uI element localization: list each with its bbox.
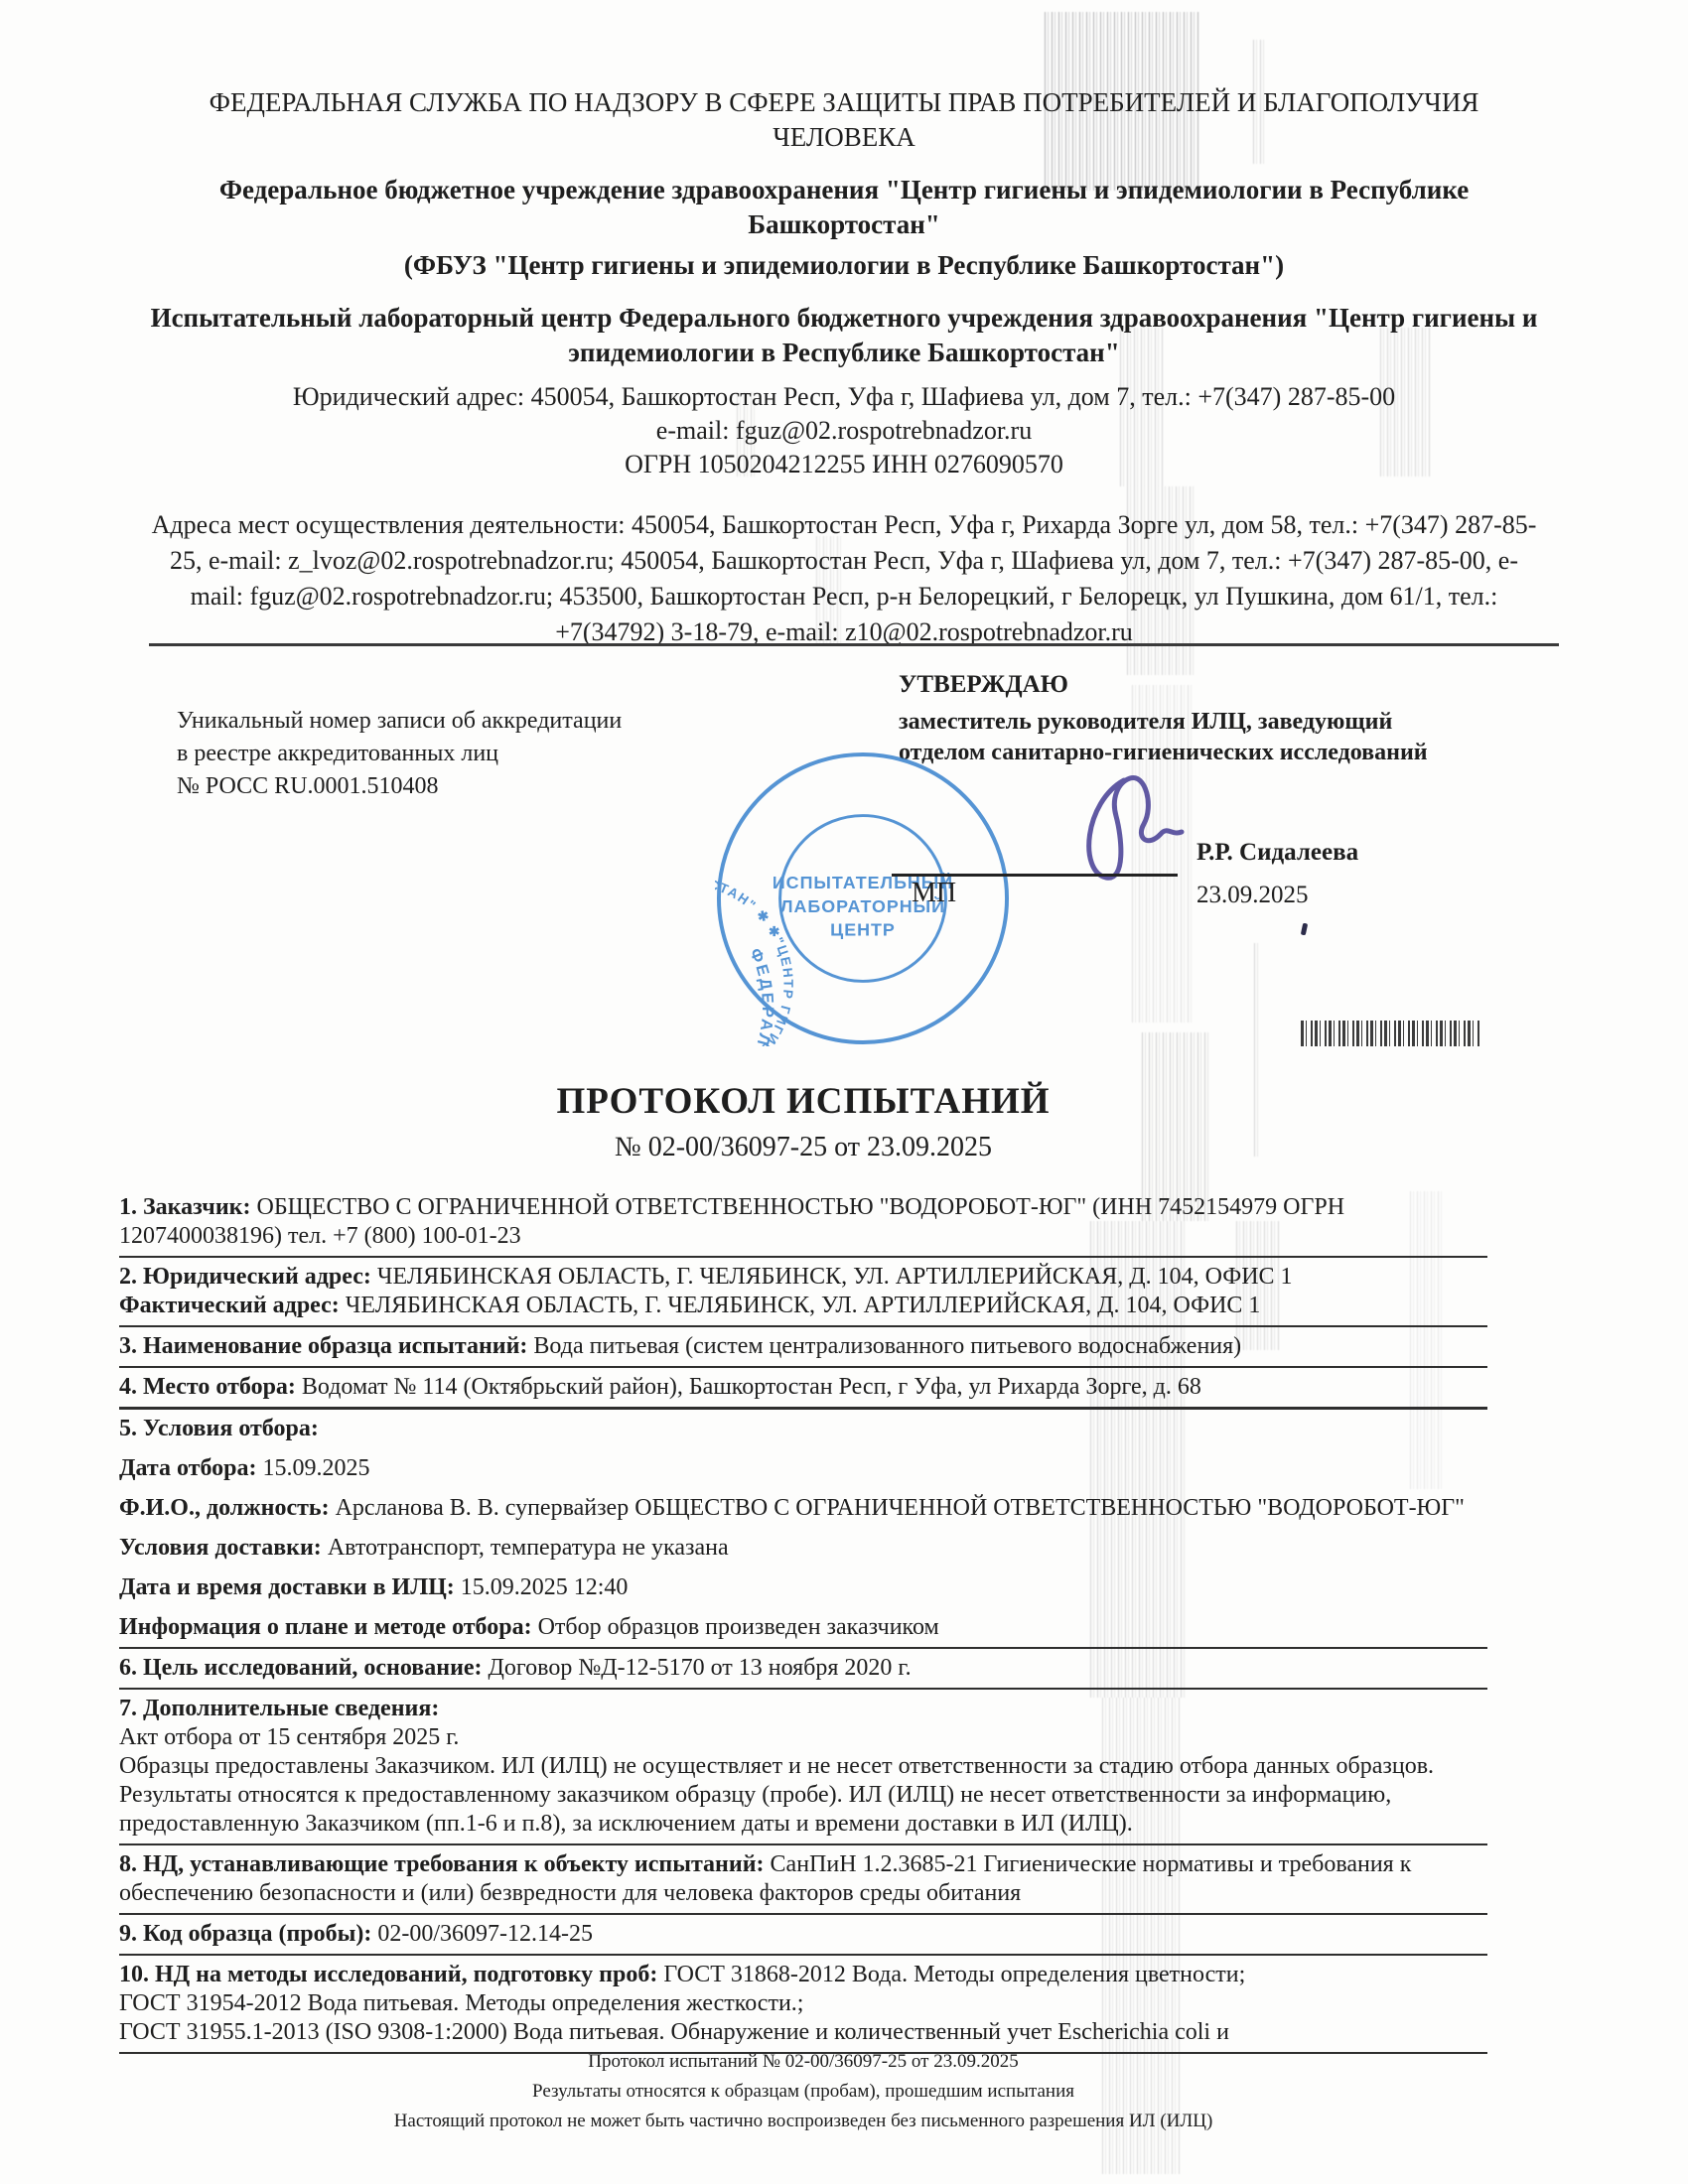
section-label: 7. Дополнительные сведения:: [119, 1696, 439, 1721]
section-value: Договор №Д-12-5170 от 13 ноября 2020 г.: [489, 1655, 912, 1681]
section-label: 4. Место отбора:: [119, 1374, 296, 1400]
approver-name: Р.Р. Сидалеева: [1196, 839, 1358, 867]
section-label: 9. Код образца (пробы):: [119, 1921, 371, 1947]
stamp-center-line: ЦЕНТР: [830, 920, 896, 940]
section-label: 3. Наименование образца испытаний:: [119, 1333, 527, 1359]
methods-nd-line: ГОСТ 31954-2012 Вода питьевая. Методы оп…: [119, 1989, 1487, 2018]
footer-results-note: Результаты относятся к образцам (пробам)…: [119, 2077, 1487, 2107]
activity-addresses: Адреса мест осуществления деятельности: …: [149, 507, 1539, 650]
delivery-datetime: Дата и время доставки в ИЛЦ: 15.09.2025 …: [119, 1573, 1487, 1602]
section-label: Фактический адрес:: [119, 1293, 340, 1318]
section-methods-nd: 10. НД на методы исследований, подготовк…: [119, 1961, 1487, 1989]
barcode: [1301, 1021, 1479, 1046]
scanned-protocol-page: ФЕДЕРАЛЬНАЯ СЛУЖБА ПО НАДЗОРУ В СФЕРЕ ЗА…: [0, 0, 1688, 2184]
section-customer: 1. Заказчик: ОБЩЕСТВО С ОГРАНИЧЕННОЙ ОТВ…: [119, 1193, 1487, 1251]
section-value: Водомат № 114 (Октябрьский район), Башко…: [302, 1374, 1201, 1400]
section-label: Ф.И.О., должность:: [119, 1495, 330, 1521]
protocol-sections: 1. Заказчик: ОБЩЕСТВО С ОГРАНИЧЕННОЙ ОТВ…: [119, 1193, 1487, 2059]
section-label: Условия доставки:: [119, 1535, 322, 1561]
section-label: 6. Цель исследований, основание:: [119, 1655, 483, 1681]
section-label: Дата отбора:: [119, 1455, 256, 1481]
laboratory-name: Испытательный лабораторный центр Федерал…: [149, 301, 1539, 370]
section-value: 15.09.2025 12:40: [461, 1574, 629, 1600]
sampler-name-position: Ф.И.О., должность: Арсланова В. В. супер…: [119, 1494, 1487, 1523]
section-value: ОБЩЕСТВО С ОГРАНИЧЕННОЙ ОТВЕТСТВЕННОСТЬЮ…: [119, 1194, 1344, 1249]
section-label: 8. НД, устанавливающие требования к объе…: [119, 1851, 765, 1877]
section-value: ЧЕЛЯБИНСКАЯ ОБЛАСТЬ, Г. ЧЕЛЯБИНСК, УЛ. А…: [346, 1293, 1261, 1318]
section-divider: [119, 1913, 1487, 1915]
section-value: 15.09.2025: [262, 1455, 369, 1481]
section-label: 10. НД на методы исследований, подготовк…: [119, 1962, 657, 1987]
document-footer: Протокол испытаний № 02-00/36097-25 от 2…: [119, 2047, 1487, 2136]
section-divider: [119, 1843, 1487, 1845]
disclaimer-paragraph: Образцы предоставлены Заказчиком. ИЛ (ИЛ…: [119, 1752, 1487, 1839]
methods-nd-line: ГОСТ 31955.1-2013 (ISO 9308-1:2000) Вода…: [119, 2018, 1487, 2047]
section-sampling-place: 4. Место отбора: Водомат № 114 (Октябрьс…: [119, 1373, 1487, 1402]
section-legal-address: 2. Юридический адрес: ЧЕЛЯБИНСКАЯ ОБЛАСТ…: [119, 1263, 1487, 1292]
document-header: ФЕДЕРАЛЬНАЯ СЛУЖБА ПО НАДЗОРУ В СФЕРЕ ЗА…: [149, 85, 1539, 650]
federal-service-title: ФЕДЕРАЛЬНАЯ СЛУЖБА ПО НАДЗОРУ В СФЕРЕ ЗА…: [149, 85, 1539, 155]
section-sample-code: 9. Код образца (пробы): 02-00/36097-12.1…: [119, 1920, 1487, 1949]
sampling-plan-info: Информация о плане и методе отбора: Отбо…: [119, 1613, 1487, 1642]
section-divider: [119, 1407, 1487, 1410]
approve-heading: УТВЕРЖДАЮ: [899, 671, 1068, 699]
section-value: ГОСТ 31868-2012 Вода. Методы определения…: [663, 1962, 1245, 1987]
legal-address: Юридический адрес: 450054, Башкортостан …: [149, 380, 1539, 414]
section-divider: [119, 1647, 1487, 1649]
accreditation-number: № РОСС RU.0001.510408: [177, 770, 622, 803]
section-actual-address: Фактический адрес: ЧЕЛЯБИНСКАЯ ОБЛАСТЬ, …: [119, 1292, 1487, 1320]
section-label: Информация о плане и методе отбора:: [119, 1614, 532, 1640]
section-divider: [119, 1256, 1487, 1258]
sampling-date: Дата отбора: 15.09.2025: [119, 1454, 1487, 1483]
approval-date: 23.09.2025: [1196, 882, 1309, 909]
section-research-purpose: 6. Цель исследований, основание: Договор…: [119, 1654, 1487, 1683]
section-sampling-conditions: 5. Условия отбора:: [119, 1415, 1487, 1443]
section-divider: [119, 1688, 1487, 1690]
mp-seal-mark: МП: [912, 878, 956, 909]
section-value: Вода питьевая (систем централизованного …: [533, 1333, 1241, 1359]
section-value: ЧЕЛЯБИНСКАЯ ОБЛАСТЬ, Г. ЧЕЛЯБИНСК, УЛ. А…: [377, 1264, 1293, 1290]
header-divider: [149, 643, 1559, 646]
delivery-conditions: Условия доставки: Автотранспорт, темпера…: [119, 1534, 1487, 1563]
section-label: Дата и время доставки в ИЛЦ:: [119, 1574, 455, 1600]
scan-artifact: [1254, 943, 1259, 1157]
section-value: 02-00/36097-12.14-25: [377, 1921, 593, 1947]
section-sample-name: 3. Наименование образца испытаний: Вода …: [119, 1332, 1487, 1361]
accreditation-line: в реестре аккредитованных лиц: [177, 738, 622, 770]
ogrn-inn: ОГРН 1050204212255 ИНН 0276090570: [149, 448, 1539, 481]
section-value: Автотранспорт, температура не указана: [328, 1535, 729, 1561]
scan-artifact: [1301, 923, 1308, 936]
header-email: e-mail: fguz@02.rospotrebnadzor.ru: [149, 414, 1539, 448]
protocol-title: ПРОТОКОЛ ИСПЫТАНИЙ: [119, 1080, 1487, 1123]
round-stamp: ФЕДЕРАЛЬНОЕ БЮДЖЕТНОЕ УЧРЕЖДЕНИЕ ЗДРАВОО…: [715, 751, 1011, 1046]
footer-copy-note: Настоящий протокол не может быть частичн…: [119, 2107, 1487, 2136]
organization-short-name: (ФБУЗ "Центр гигиены и эпидемиологии в Р…: [149, 248, 1539, 283]
organization-name: Федеральное бюджетное учреждение здравоо…: [149, 173, 1539, 242]
section-value: Арсланова В. В. супервайзер ОБЩЕСТВО С О…: [336, 1495, 1465, 1521]
section-label: 5. Условия отбора:: [119, 1416, 319, 1441]
section-label: 1. Заказчик:: [119, 1194, 250, 1220]
section-requirements-nd: 8. НД, устанавливающие требования к объе…: [119, 1850, 1487, 1908]
signature-line: [892, 874, 1178, 877]
accreditation-block: Уникальный номер записи об аккредитации …: [177, 705, 622, 803]
section-divider: [119, 1325, 1487, 1327]
section-divider: [119, 1366, 1487, 1368]
accreditation-line: Уникальный номер записи об аккредитации: [177, 705, 622, 738]
protocol-number: № 02-00/36097-25 от 23.09.2025: [119, 1132, 1487, 1163]
section-value: Отбор образцов произведен заказчиком: [538, 1614, 939, 1640]
footer-protocol-ref: Протокол испытаний № 02-00/36097-25 от 2…: [119, 2047, 1487, 2077]
section-label: 2. Юридический адрес:: [119, 1264, 371, 1290]
section-divider: [119, 1954, 1487, 1956]
sampling-act-line: Акт отбора от 15 сентября 2025 г.: [119, 1723, 1487, 1752]
section-additional-info: 7. Дополнительные сведения:: [119, 1695, 1487, 1723]
